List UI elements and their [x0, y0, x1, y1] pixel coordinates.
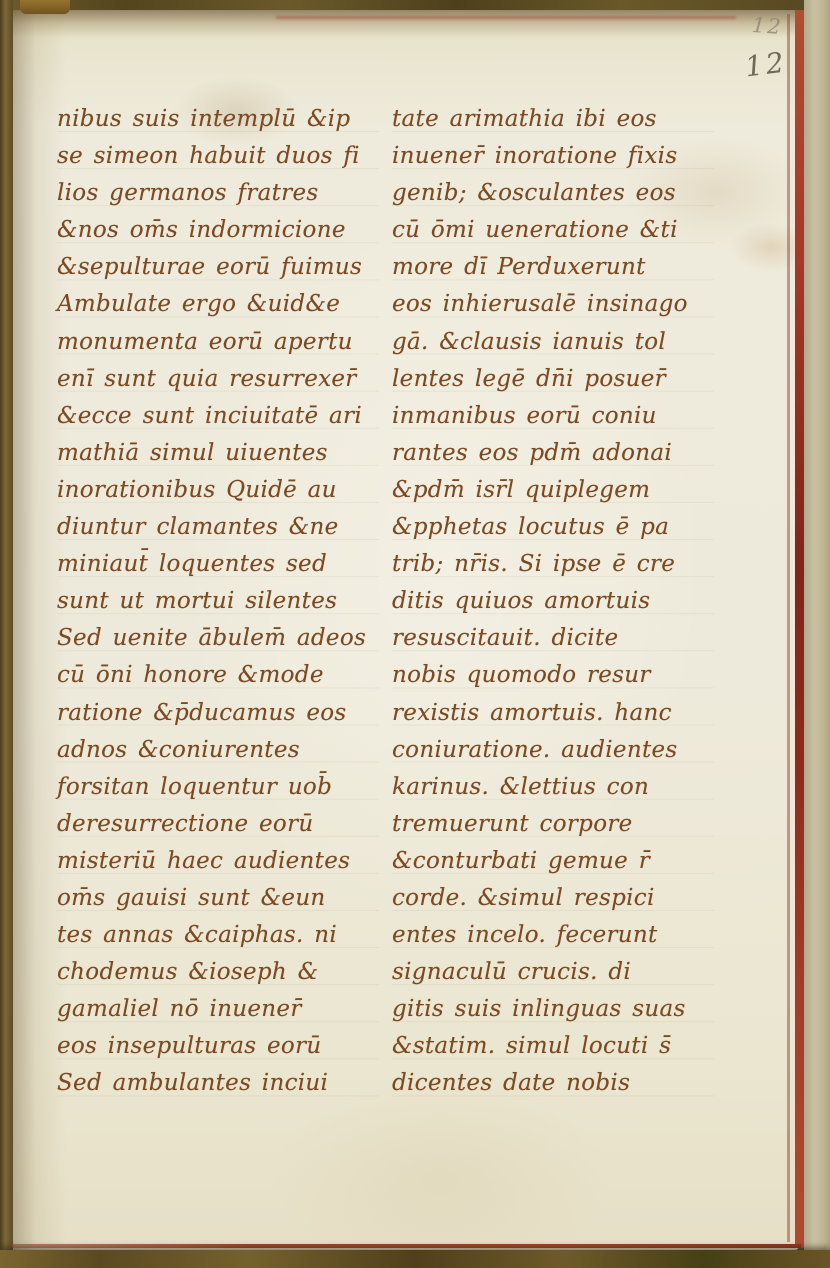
manuscript-line: eos insepulturas eorū — [57, 1028, 379, 1065]
manuscript-line: tes annas &caiphas. ni — [57, 917, 379, 954]
manuscript-line: gamaliel nō inuener̄ — [57, 991, 379, 1028]
manuscript-line: cū ōmi ueneratione &ti — [392, 212, 714, 249]
manuscript-line: tremuerunt corpore — [392, 806, 714, 843]
book-bottom-edge — [0, 1250, 830, 1268]
manuscript-line: &pphetas locutus ē pa — [392, 509, 714, 546]
manuscript-line: &pdm̄ isr̄l quiplegem — [392, 472, 714, 509]
manuscript-line: ratione &p̄ducamus eos — [57, 695, 379, 732]
manuscript-line: chodemus &ioseph & — [57, 954, 379, 991]
manuscript-line: resuscitauit. dicite — [392, 620, 714, 657]
manuscript-line: &conturbati gemue r̄ — [392, 843, 714, 880]
manuscript-line: Sed ambulantes inciui — [57, 1065, 379, 1102]
manuscript-line: coniuratione. audientes — [392, 732, 714, 769]
manuscript-line: trib; nr̄is. Si ipse ē cre — [392, 546, 714, 583]
fore-edge-red-line-bottom — [11, 1244, 801, 1248]
manuscript-line: rexistis amortuis. hanc — [392, 695, 714, 732]
manuscript-line: deresurrectione eorū — [57, 806, 379, 843]
manuscript-line: dicentes date nobis — [392, 1065, 714, 1102]
book-top-edge — [0, 0, 830, 10]
manuscript-line: &statim. simul locuti s̄ — [392, 1028, 714, 1065]
manuscript-line: sunt ut mortui silentes — [57, 583, 379, 620]
manuscript-line: mathiā simul uiuentes — [57, 435, 379, 472]
manuscript-line: gā. &clausis ianuis tol — [392, 324, 714, 361]
manuscript-line: genib; &osculantes eos — [392, 175, 714, 212]
top-edge-shadow — [11, 7, 799, 37]
manuscript-line: inmanibus eorū coniu — [392, 398, 714, 435]
folio-number-faint: 12 — [751, 13, 783, 39]
manuscript-line: corde. &simul respici — [392, 880, 714, 917]
manuscript-line: om̄s gauisi sunt &eun — [57, 880, 379, 917]
manuscript-line: monumenta eorū apertu — [57, 324, 379, 361]
folio-number: 12 — [743, 46, 788, 84]
manuscript-line: lentes legē dn̄i posuer̄ — [392, 361, 714, 398]
manuscript-line: inorationibus Quidē au — [57, 472, 379, 509]
manuscript-line: cū ōni honore &mode — [57, 657, 379, 694]
manuscript-line: &nos om̄s indormicione — [57, 212, 379, 249]
manuscript-line: rantes eos pdm̄ adonai — [392, 435, 714, 472]
manuscript-line: signaculū crucis. di — [392, 954, 714, 991]
manuscript-line: &sepulturae eorū fuimus — [57, 249, 379, 286]
manuscript-photo: 12 12 nibus suis intemplū &ipse simeon h… — [0, 0, 830, 1268]
manuscript-line: lios germanos fratres — [57, 175, 379, 212]
manuscript-line: forsitan loquentur uob̄ — [57, 769, 379, 806]
red-top-smudge — [276, 16, 736, 19]
manuscript-line: miniaut̄ loquentes sed — [57, 546, 379, 583]
fore-edge-red-line-thin — [787, 14, 790, 1242]
manuscript-line: se simeon habuit duos fi — [57, 138, 379, 175]
manuscript-line: eos inhierusalē insinago — [392, 286, 714, 323]
manuscript-line: diuntur clamantes &ne — [57, 509, 379, 546]
manuscript-line: tate arimathia ibi eos — [392, 101, 714, 138]
manuscript-line: gitis suis inlinguas suas — [392, 991, 714, 1028]
manuscript-line: enī sunt quia resurrexer̄ — [57, 361, 379, 398]
manuscript-line: Ambulate ergo &uid&e — [57, 286, 379, 323]
manuscript-line: misteriū haec audientes — [57, 843, 379, 880]
fore-edge-red-band — [795, 10, 804, 1248]
manuscript-line: nobis quomodo resur — [392, 657, 714, 694]
binding-corner-tab — [20, 0, 70, 14]
manuscript-line: ditis quiuos amortuis — [392, 583, 714, 620]
binding-edge-left — [0, 0, 13, 1268]
text-column-right: tate arimathia ibi eosinuener̄ inoration… — [392, 101, 714, 1103]
manuscript-line: karinus. &lettius con — [392, 769, 714, 806]
manuscript-line: inuener̄ inoratione fixis — [392, 138, 714, 175]
text-column-left: nibus suis intemplū &ipse simeon habuit … — [57, 101, 379, 1103]
manuscript-line: entes incelo. fecerunt — [392, 917, 714, 954]
manuscript-line: &ecce sunt inciuitatē ari — [57, 398, 379, 435]
manuscript-line: Sed uenite ābulem̄ adeos — [57, 620, 379, 657]
manuscript-line: more dī Perduxerunt — [392, 249, 714, 286]
next-page-edge — [804, 0, 830, 1268]
manuscript-line: nibus suis intemplū &ip — [57, 101, 379, 138]
manuscript-line: adnos &coniurentes — [57, 732, 379, 769]
